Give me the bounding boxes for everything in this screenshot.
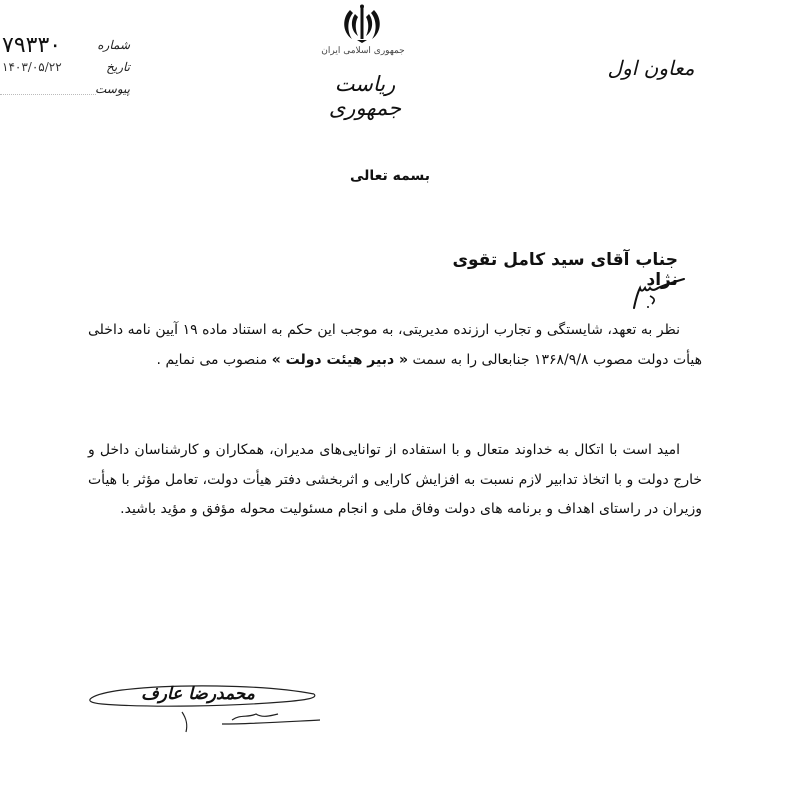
date-row: تاریخ ۱۴۰۳/۰۵/۲۲ xyxy=(0,56,130,78)
sender-title: معاون اول xyxy=(596,56,706,80)
attachment-label: پیوست xyxy=(96,82,130,96)
date-value: ۱۴۰۳/۰۵/۲۲ xyxy=(0,60,96,74)
republic-text: جمهوری اسلامی ایران xyxy=(318,46,408,56)
body-paragraph-1: نظر به تعهد، شایستگی و تجارب ارزنده مدیر… xyxy=(88,316,702,375)
attachment-row: پیوست xyxy=(0,78,130,100)
handwritten-greeting xyxy=(628,276,688,312)
invocation: بسمه تعالی xyxy=(330,168,450,184)
signatory-name: محمدرضا عارف xyxy=(128,684,268,704)
position-title: « دبیر هیئت دولت » xyxy=(272,352,408,368)
letter-metadata: شماره ۷۹۳۳۰ تاریخ ۱۴۰۳/۰۵/۲۲ پیوست xyxy=(0,34,130,100)
attachment-value xyxy=(0,84,96,95)
presidency-title: ریاست جمهوری xyxy=(300,72,430,120)
number-label: شماره xyxy=(96,38,130,52)
paragraph2-text: امید است با اتکال به خداوند متعال و با ا… xyxy=(88,442,702,517)
date-label: تاریخ xyxy=(96,60,130,74)
number-value: ۷۹۳۳۰ xyxy=(0,33,96,58)
paragraph1-ending: منصوب می نمایم . xyxy=(157,352,272,368)
number-row: شماره ۷۹۳۳۰ xyxy=(0,34,130,56)
iran-emblem-icon xyxy=(340,4,384,44)
body-paragraph-2: امید است با اتکال به خداوند متعال و با ا… xyxy=(88,436,702,525)
